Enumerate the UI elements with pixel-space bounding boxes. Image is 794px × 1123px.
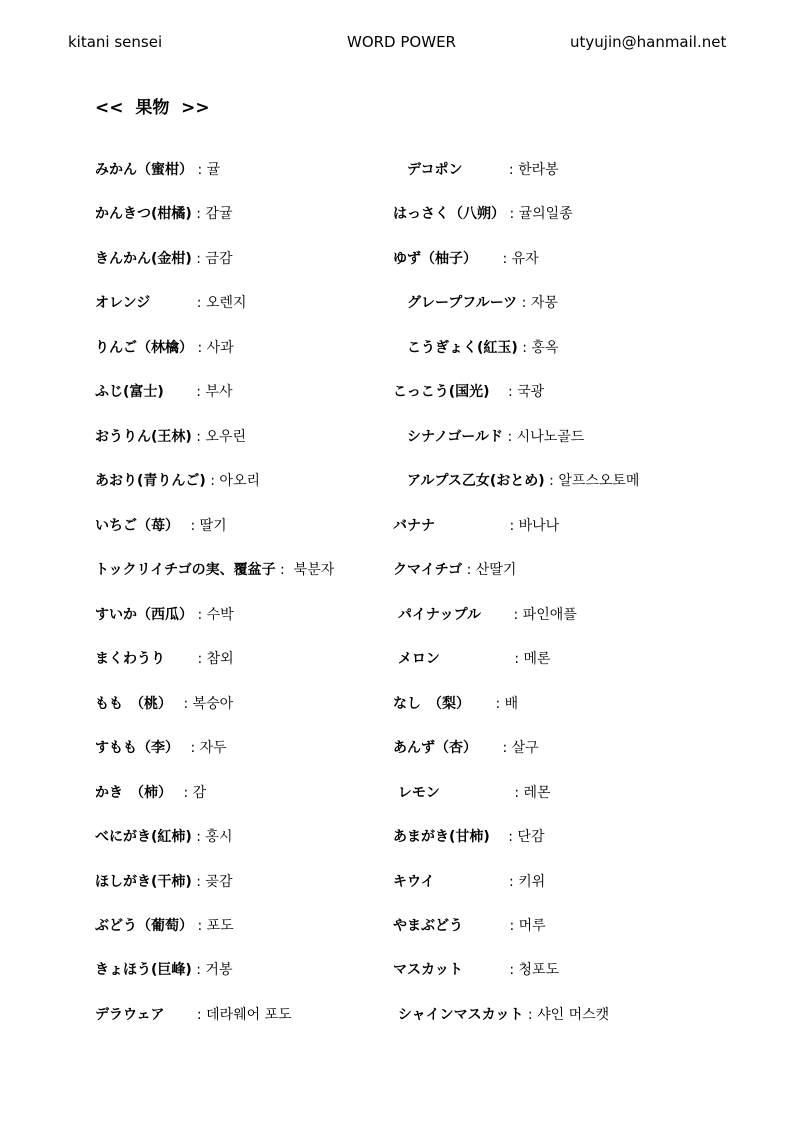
separator-colon: : (179, 696, 193, 712)
separator-colon: : (498, 740, 512, 756)
korean-meaning: 레몬 (524, 785, 551, 801)
separator-colon: : (192, 829, 206, 845)
korean-meaning: 수박 (207, 607, 234, 623)
vocab-row: あおり(青りんご) : 아오리 (95, 472, 395, 516)
korean-meaning: 홍옥 (531, 340, 558, 356)
vocab-row: デコポン : 한라봉 (393, 161, 773, 205)
korean-meaning: 샤인 머스캣 (537, 1007, 609, 1023)
separator-colon: : (186, 518, 200, 534)
vocab-row: シナノゴールド : 시나노골드 (393, 428, 773, 472)
vocab-row: やまぶどう : 머루 (393, 917, 773, 961)
separator-colon: : (193, 918, 207, 934)
korean-meaning: 자몽 (531, 295, 558, 311)
vocab-row: すもも（李） : 자두 (95, 739, 395, 783)
separator-colon: : (505, 962, 519, 978)
vocab-row: マスカット : 청포도 (393, 961, 773, 1005)
korean-meaning: 시나노골드 (517, 429, 585, 445)
separator-colon: : (276, 562, 290, 578)
separator-colon: : (192, 295, 206, 311)
korean-meaning: 자두 (200, 740, 227, 756)
korean-meaning: 파인애플 (523, 607, 577, 623)
vocab-row: べにがき(紅柿) : 홍시 (95, 828, 395, 872)
vocab-row: バナナ : 바나나 (393, 517, 773, 561)
korean-meaning: 한라봉 (518, 162, 559, 178)
korean-meaning: 사과 (207, 340, 234, 356)
korean-meaning: 딸기 (200, 518, 227, 534)
separator-colon: : (504, 384, 518, 400)
japanese-term: パイナップル (393, 607, 509, 623)
separator-colon: : (504, 162, 518, 178)
vocab-row: かき （柿） : 감 (95, 784, 395, 828)
korean-meaning: 홍시 (205, 829, 232, 845)
vocab-row: ほしがき(干柿) : 곶감 (95, 873, 395, 917)
vocab-row: きんかん(金柑) : 금감 (95, 250, 395, 294)
japanese-term: アルプス乙女(おとめ) (393, 473, 545, 489)
vocab-row: キウイ : 키위 (393, 873, 773, 917)
japanese-term: デコポン (393, 162, 504, 178)
korean-meaning: 오렌지 (206, 295, 247, 311)
vocab-row: ぶどう（葡萄） : 포도 (95, 917, 395, 961)
korean-meaning: 단감 (517, 829, 544, 845)
vocab-row: もも （桃） : 복숭아 (95, 695, 395, 739)
separator-colon: : (491, 696, 505, 712)
separator-colon: : (193, 607, 207, 623)
japanese-term: こうぎょく(紅玉) (393, 340, 518, 356)
separator-colon: : (192, 384, 206, 400)
separator-colon: : (510, 651, 524, 667)
vocab-row: おうりん(王林) : 오우린 (95, 428, 395, 472)
japanese-term: まくわうり (95, 651, 193, 667)
korean-meaning: 부사 (205, 384, 232, 400)
separator-colon: : (186, 740, 200, 756)
korean-meaning: 곶감 (205, 874, 232, 890)
japanese-term: はっさく（八朔） (393, 206, 505, 222)
japanese-term: メロン (393, 651, 510, 667)
separator-colon: : (193, 340, 207, 356)
vocab-row: メロン : 메론 (393, 650, 773, 694)
korean-meaning: 키위 (518, 874, 545, 890)
japanese-term: こっこう(国光) (393, 384, 504, 400)
japanese-term: トックリイチゴの実、覆盆子 (95, 562, 276, 578)
vocab-row: あまがき(甘柿) : 단감 (393, 828, 773, 872)
vocab-row: はっさく（八朔） : 귤의일종 (393, 205, 773, 249)
japanese-term: かき （柿） (95, 785, 179, 801)
vocab-row: デラウェア : 데라웨어 포도 (95, 1006, 395, 1050)
header-email: utyujin@hanmail.net (570, 33, 726, 51)
korean-meaning: 바나나 (519, 518, 560, 534)
japanese-term: ゆず（柚子） (393, 251, 498, 267)
japanese-term: デラウェア (95, 1007, 192, 1023)
japanese-term: レモン (393, 785, 510, 801)
vocab-row: パイナップル : 파인애플 (393, 606, 773, 650)
vocab-row: みかん（蜜柑） : 귤 (95, 161, 395, 205)
korean-meaning: 금감 (205, 251, 232, 267)
japanese-term: シャインマスカット (393, 1007, 523, 1023)
vocab-column-right: デコポン : 한라봉 はっさく（八朔） : 귤의일종 ゆず（柚子） : 유자 グ… (393, 161, 773, 1050)
korean-meaning: 참외 (207, 651, 234, 667)
vocab-row: きょほう(巨峰) : 거봉 (95, 961, 395, 1005)
vocab-row: かんきつ(柑橘) : 감귤 (95, 205, 395, 249)
japanese-term: きょほう(巨峰) (95, 962, 192, 978)
separator-colon: : (192, 251, 206, 267)
separator-colon: : (193, 162, 207, 178)
separator-colon: : (192, 962, 206, 978)
japanese-term: キウイ (393, 874, 505, 890)
japanese-term: りんご（林檎） (95, 340, 193, 356)
japanese-term: あまがき(甘柿) (393, 829, 504, 845)
japanese-term: すもも（李） (95, 740, 186, 756)
vocab-row: こっこう(国光) : 국광 (393, 383, 773, 427)
vocab-row: アルプス乙女(おとめ) : 알프스오토메 (393, 472, 773, 516)
korean-meaning: 국광 (517, 384, 544, 400)
japanese-term: あおり(青りんご) (95, 473, 206, 489)
vocab-column-left: みかん（蜜柑） : 귤 かんきつ(柑橘) : 감귤 きんかん(金柑) : 금감 … (95, 161, 395, 1050)
japanese-term: いちご（苺） (95, 518, 186, 534)
section-title: << 果物 >> (95, 98, 210, 119)
japanese-term: やまぶどう (393, 918, 505, 934)
separator-colon: : (192, 206, 206, 222)
japanese-term: バナナ (393, 518, 505, 534)
vocab-row: こうぎょく(紅玉) : 홍옥 (393, 339, 773, 383)
japanese-term: クマイチゴ (393, 562, 462, 578)
separator-colon: : (503, 429, 517, 445)
japanese-term: シナノゴールド (393, 429, 503, 445)
korean-meaning: 복숭아 (193, 696, 234, 712)
separator-colon: : (523, 1007, 537, 1023)
korean-meaning: 거봉 (205, 962, 232, 978)
separator-colon: : (192, 874, 206, 890)
japanese-term: ふじ(富士) (95, 384, 192, 400)
korean-meaning: 머루 (519, 918, 546, 934)
separator-colon: : (498, 251, 512, 267)
korean-meaning: 북분자 (289, 562, 334, 578)
japanese-term: きんかん(金柑) (95, 251, 192, 267)
korean-meaning: 포도 (207, 918, 234, 934)
separator-colon: : (193, 651, 207, 667)
korean-meaning: 배 (505, 696, 519, 712)
separator-colon: : (179, 785, 193, 801)
separator-colon: : (517, 295, 531, 311)
separator-colon: : (206, 473, 220, 489)
header-doc-title: WORD POWER (347, 33, 456, 51)
korean-meaning: 알프스오토메 (558, 473, 639, 489)
vocab-row: ふじ(富士) : 부사 (95, 383, 395, 427)
vocab-row: グレープフルーツ : 자몽 (393, 294, 773, 338)
korean-meaning: 아오리 (219, 473, 260, 489)
japanese-term: ぶどう（葡萄） (95, 918, 193, 934)
japanese-term: グレープフルーツ (393, 295, 517, 311)
separator-colon: : (505, 518, 519, 534)
korean-meaning: 유자 (512, 251, 539, 267)
vocab-row: すいか（西瓜） : 수박 (95, 606, 395, 650)
vocab-row: なし （梨） : 배 (393, 695, 773, 739)
japanese-term: なし （梨） (393, 696, 491, 712)
vocab-row: オレンジ : 오렌지 (95, 294, 395, 338)
japanese-term: みかん（蜜柑） (95, 162, 193, 178)
separator-colon: : (505, 874, 519, 890)
japanese-term: もも （桃） (95, 696, 179, 712)
japanese-term: おうりん(王林) (95, 429, 192, 445)
vocab-row: いちご（苺） : 딸기 (95, 517, 395, 561)
separator-colon: : (504, 829, 518, 845)
vocab-row: クマイチゴ : 산딸기 (393, 561, 773, 605)
korean-meaning: 감 (193, 785, 207, 801)
vocab-row: レモン : 레몬 (393, 784, 773, 828)
korean-meaning: 오우린 (205, 429, 246, 445)
vocab-row: あんず（杏） : 살구 (393, 739, 773, 783)
korean-meaning: 귤의일종 (519, 206, 573, 222)
separator-colon: : (505, 918, 519, 934)
japanese-term: マスカット (393, 962, 505, 978)
japanese-term: かんきつ(柑橘) (95, 206, 192, 222)
separator-colon: : (509, 607, 523, 623)
korean-meaning: 살구 (512, 740, 539, 756)
vocab-row: トックリイチゴの実、覆盆子 : 북분자 (95, 561, 395, 605)
separator-colon: : (545, 473, 559, 489)
vocab-row: りんご（林檎） : 사과 (95, 339, 395, 383)
vocab-row: ゆず（柚子） : 유자 (393, 250, 773, 294)
separator-colon: : (518, 340, 532, 356)
korean-meaning: 메론 (524, 651, 551, 667)
separator-colon: : (462, 562, 476, 578)
separator-colon: : (192, 1007, 206, 1023)
vocab-row: シャインマスカット : 샤인 머스캣 (393, 1006, 773, 1050)
document-page: kitani sensei WORD POWER utyujin@hanmail… (0, 0, 794, 1123)
separator-colon: : (510, 785, 524, 801)
korean-meaning: 데라웨어 포도 (206, 1007, 292, 1023)
korean-meaning: 감귤 (205, 206, 232, 222)
japanese-term: すいか（西瓜） (95, 607, 193, 623)
korean-meaning: 청포도 (519, 962, 560, 978)
separator-colon: : (192, 429, 206, 445)
header-author: kitani sensei (68, 33, 162, 51)
japanese-term: オレンジ (95, 295, 192, 311)
japanese-term: べにがき(紅柿) (95, 829, 192, 845)
korean-meaning: 산딸기 (476, 562, 517, 578)
separator-colon: : (505, 206, 519, 222)
japanese-term: ほしがき(干柿) (95, 874, 192, 890)
korean-meaning: 귤 (207, 162, 221, 178)
japanese-term: あんず（杏） (393, 740, 498, 756)
vocab-row: まくわうり : 참외 (95, 650, 395, 694)
